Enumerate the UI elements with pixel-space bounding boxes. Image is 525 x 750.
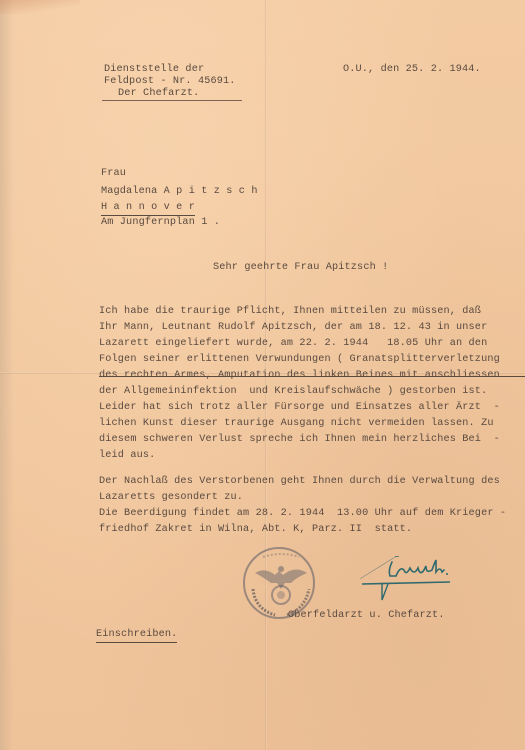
sender-underline bbox=[102, 100, 242, 101]
body-line: Ich habe die traurige Pflicht, Ihnen mit… bbox=[99, 306, 481, 318]
official-stamp bbox=[243, 547, 315, 619]
place-date: O.U., den 25. 2. 1944. bbox=[343, 64, 481, 76]
body-line: Der Nachlaß des Verstorbenen geht Ihnen … bbox=[99, 476, 500, 488]
letter-page: Dienststelle der Feldpost - Nr. 45691. D… bbox=[0, 0, 525, 750]
sender-line-2: Feldpost - Nr. 45691. bbox=[104, 76, 236, 88]
sender-line-3: Der Chefarzt. bbox=[118, 88, 199, 100]
recipient-title: Frau bbox=[101, 168, 126, 180]
body-line: Lazarett eingeliefert wurde, am 22. 2. 1… bbox=[99, 338, 487, 350]
sender-line-1: Dienststelle der bbox=[104, 64, 204, 76]
recipient-street: Am Jungfernplan 1 . bbox=[101, 217, 220, 229]
body-line: leid aus. bbox=[99, 450, 155, 462]
corner-crease bbox=[0, 0, 80, 14]
body-line: Ihr Mann, Leutnant Rudolf Apitzsch, der … bbox=[99, 322, 487, 334]
body-line: Leider hat sich trotz aller Fürsorge und… bbox=[99, 402, 500, 414]
body-line-struck: des rechten Armes, Amputation des linken… bbox=[99, 370, 525, 382]
body-line: friedhof Zakret in Wilna, Abt. K, Parz. … bbox=[99, 524, 412, 536]
body-line: diesem schweren Verlust spreche ich Ihne… bbox=[99, 434, 500, 446]
body-line: Die Beerdigung findet am 28. 2. 1944 13.… bbox=[99, 508, 506, 520]
recipient-name: Magdalena A p i t z s c h bbox=[101, 186, 258, 198]
body-line: Lazaretts gesondert zu. bbox=[99, 492, 243, 504]
body-line: der Allgemeininfektion und Kreislaufschw… bbox=[99, 386, 487, 398]
page-edge-shadow bbox=[0, 0, 14, 750]
registered-mail-note: Einschreiben. bbox=[96, 629, 177, 643]
signature-title: Oberfeldarzt u. Chefarzt. bbox=[288, 610, 445, 622]
body-line: Folgen seiner erlittenen Verwundungen ( … bbox=[99, 354, 500, 366]
greeting: Sehr geehrte Frau Apitzsch ! bbox=[213, 262, 388, 274]
recipient-city: H a n n o v e r bbox=[101, 202, 195, 216]
body-line: lichen Kunst dieser traurige Ausgang nic… bbox=[99, 418, 494, 430]
